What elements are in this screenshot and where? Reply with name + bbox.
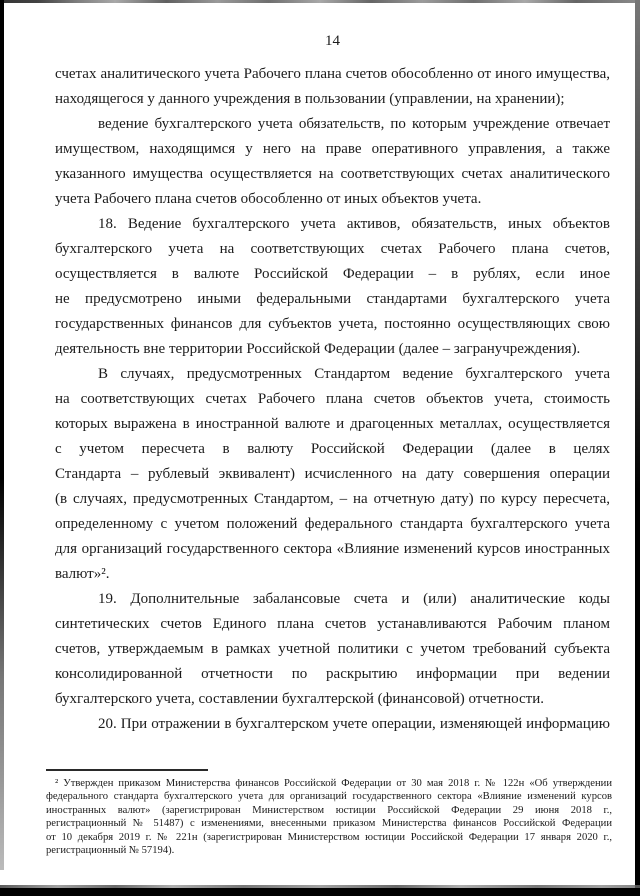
text-line: синтетических счетов Единого плана счето… — [55, 612, 610, 637]
text-line: бухгалтерского учета, составлении бухгал… — [55, 687, 610, 712]
scan-edge-right — [635, 0, 640, 896]
text-line: счетах аналитического учета Рабочего пла… — [55, 62, 610, 87]
text-line: консолидированной отчетности по раскрыти… — [55, 662, 610, 687]
footnote-line: ² Утвержден приказом Министерства финанс… — [46, 777, 612, 790]
text-line: учета Рабочего плана счетов обособленно … — [55, 187, 610, 212]
text-line: деятельность вне территории Российской Ф… — [55, 337, 610, 362]
text-line: осуществляется в валюте Российской Федер… — [55, 262, 610, 287]
text-line: находящегося у данного учреждения в поль… — [55, 87, 610, 112]
text-line: счетов, утверждаемым в рамках учетной по… — [55, 637, 610, 662]
text-line: не предусмотрено иными федеральными стан… — [55, 287, 610, 312]
text-line: ведение бухгалтерского учета обязательст… — [55, 112, 610, 137]
text-line: бухгалтерского учета на соответствующих … — [55, 237, 610, 262]
text-line: имуществом, находящимся у него на праве … — [55, 137, 610, 162]
text-line: указанного имущества осуществляется на с… — [55, 162, 610, 187]
footnote-line: от 10 декабря 2019 г. № 221н (зарегистри… — [46, 831, 612, 844]
text-line: государственных финансов для субъектов у… — [55, 312, 610, 337]
scan-edge-left — [0, 0, 4, 870]
text-line: на соответствующих счетах Рабочего плана… — [55, 387, 610, 412]
footnote: ² Утвержден приказом Министерства финанс… — [46, 777, 612, 857]
text-line: 18. Ведение бухгалтерского учета активов… — [55, 212, 610, 237]
text-line: для организаций государственного сектора… — [55, 537, 610, 562]
scan-edge-top — [0, 0, 640, 3]
text-line: которых выражена в иностранной валюте и … — [55, 412, 610, 437]
text-line: валют»². — [55, 562, 610, 587]
footnote-line: иностранных валют» (зарегистрирован Мини… — [46, 804, 612, 817]
text-line: (в случаях, предусмотренных Стандартом, … — [55, 487, 610, 512]
text-line: В случаях, предусмотренных Стандартом ве… — [55, 362, 610, 387]
text-line: определенному с учетом положений федерал… — [55, 512, 610, 537]
text-line: с учетом пересчета в валюту Российской Ф… — [55, 437, 610, 462]
footnote-separator-rule — [46, 769, 208, 771]
text-line: 20. При отражении в бухгалтерском учете … — [55, 712, 610, 737]
footnote-line: регистрационный № 51487) с изменениями, … — [46, 817, 612, 830]
footnote-line: федерального стандарта бухгалтерского уч… — [46, 790, 612, 803]
page-number: 14 — [55, 33, 610, 50]
scan-edge-bottom — [0, 888, 640, 896]
text-line: Стандарта – рублевый эквивалент) исчисле… — [55, 462, 610, 487]
body-text: счетах аналитического учета Рабочего пла… — [55, 62, 610, 737]
text-line: 19. Дополнительные забалансовые счета и … — [55, 587, 610, 612]
document-page: 14 счетах аналитического учета Рабочего … — [0, 0, 640, 896]
footnote-line: регистрационный № 57194). — [46, 844, 612, 857]
